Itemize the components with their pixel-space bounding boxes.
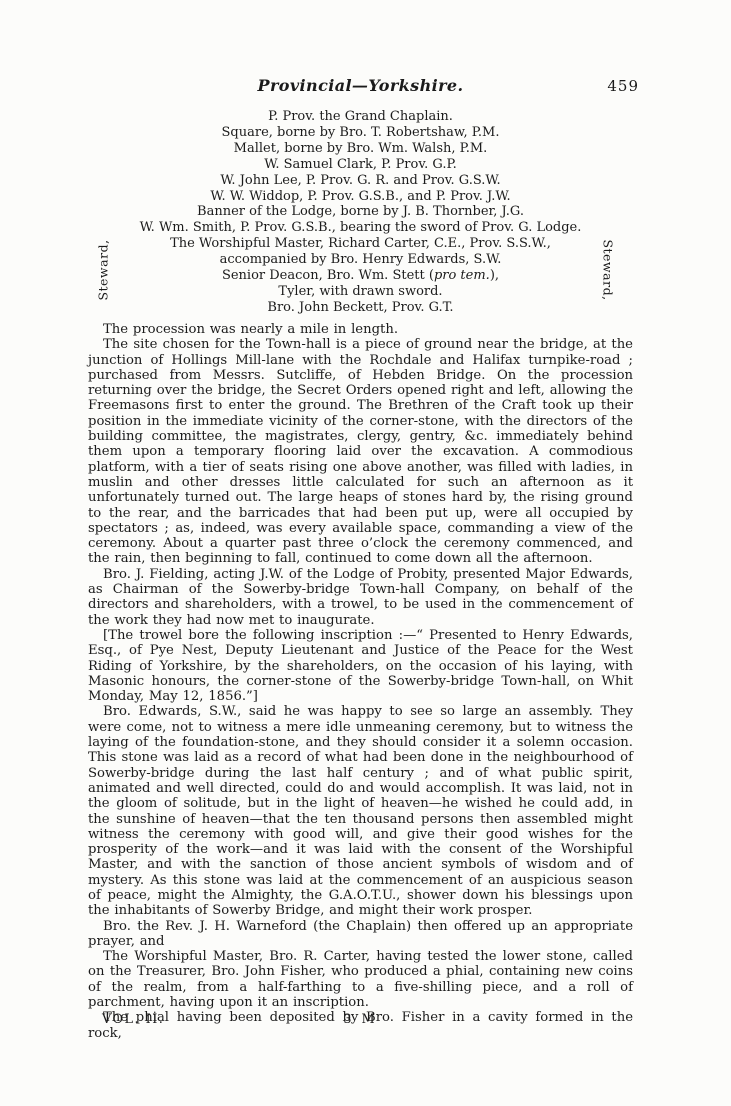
paragraph: [The trowel bore the following inscripti… <box>88 628 633 704</box>
procession-list: P. Prov. the Grand Chaplain. Square, bor… <box>88 109 633 316</box>
steward-label-left: Steward, <box>96 239 111 300</box>
procession-line: W. John Lee, P. Prov. G. R. and Prov. G.… <box>88 173 633 189</box>
paragraph: Bro. Edwards, S.W., said he was happy to… <box>88 704 633 918</box>
procession-line: Bro. John Beckett, Prov. G.T. <box>88 300 633 316</box>
stett-line-pre: Senior Deacon, Bro. Wm. Stett ( <box>222 268 434 283</box>
procession-line: W. Samuel Clark, P. Prov. G.P. <box>88 157 633 173</box>
paragraph: Bro. J. Fielding, acting J.W. of the Lod… <box>88 567 633 628</box>
signature-mark: 3 M <box>88 1012 633 1027</box>
procession-line: The Worshipful Master, Richard Carter, C… <box>88 236 633 252</box>
procession-line: P. Prov. the Grand Chaplain. <box>88 109 633 125</box>
running-title: Provincial—Yorkshire. <box>88 76 633 95</box>
stett-line-pro-tem: pro tem. <box>434 268 490 283</box>
article-body: The procession was nearly a mile in leng… <box>88 322 633 1041</box>
paragraph: The site chosen for the Town-hall is a p… <box>88 337 633 566</box>
procession-line: W. W. Widdop, P. Prov. G.S.B., and P. Pr… <box>88 189 633 205</box>
page-footer: VOL. II. 3 M <box>88 1012 633 1030</box>
page-header: Provincial—Yorkshire. 459 <box>88 76 633 100</box>
paragraph: The Worshipful Master, Bro. R. Carter, h… <box>88 949 633 1010</box>
procession-line: accompanied by Bro. Henry Edwards, S.W. <box>88 252 633 268</box>
procession-line-stett: Senior Deacon, Bro. Wm. Stett (pro tem.)… <box>88 268 633 284</box>
steward-label-right: Steward, <box>601 239 616 300</box>
book-page: Provincial—Yorkshire. 459 P. Prov. the G… <box>0 0 731 1106</box>
procession-line: W. Wm. Smith, P. Prov. G.S.B., bearing t… <box>88 220 633 236</box>
procession-line: Tyler, with drawn sword. <box>88 284 633 300</box>
paragraph: The procession was nearly a mile in leng… <box>88 322 633 337</box>
stett-line-post: ), <box>490 268 499 283</box>
procession-line: Mallet, borne by Bro. Wm. Walsh, P.M. <box>88 141 633 157</box>
procession-line: Square, borne by Bro. T. Robertshaw, P.M… <box>88 125 633 141</box>
page-number: 459 <box>607 77 639 95</box>
paragraph: Bro. the Rev. J. H. Warneford (the Chapl… <box>88 919 633 950</box>
procession-line: Banner of the Lodge, borne by J. B. Thor… <box>88 204 633 220</box>
